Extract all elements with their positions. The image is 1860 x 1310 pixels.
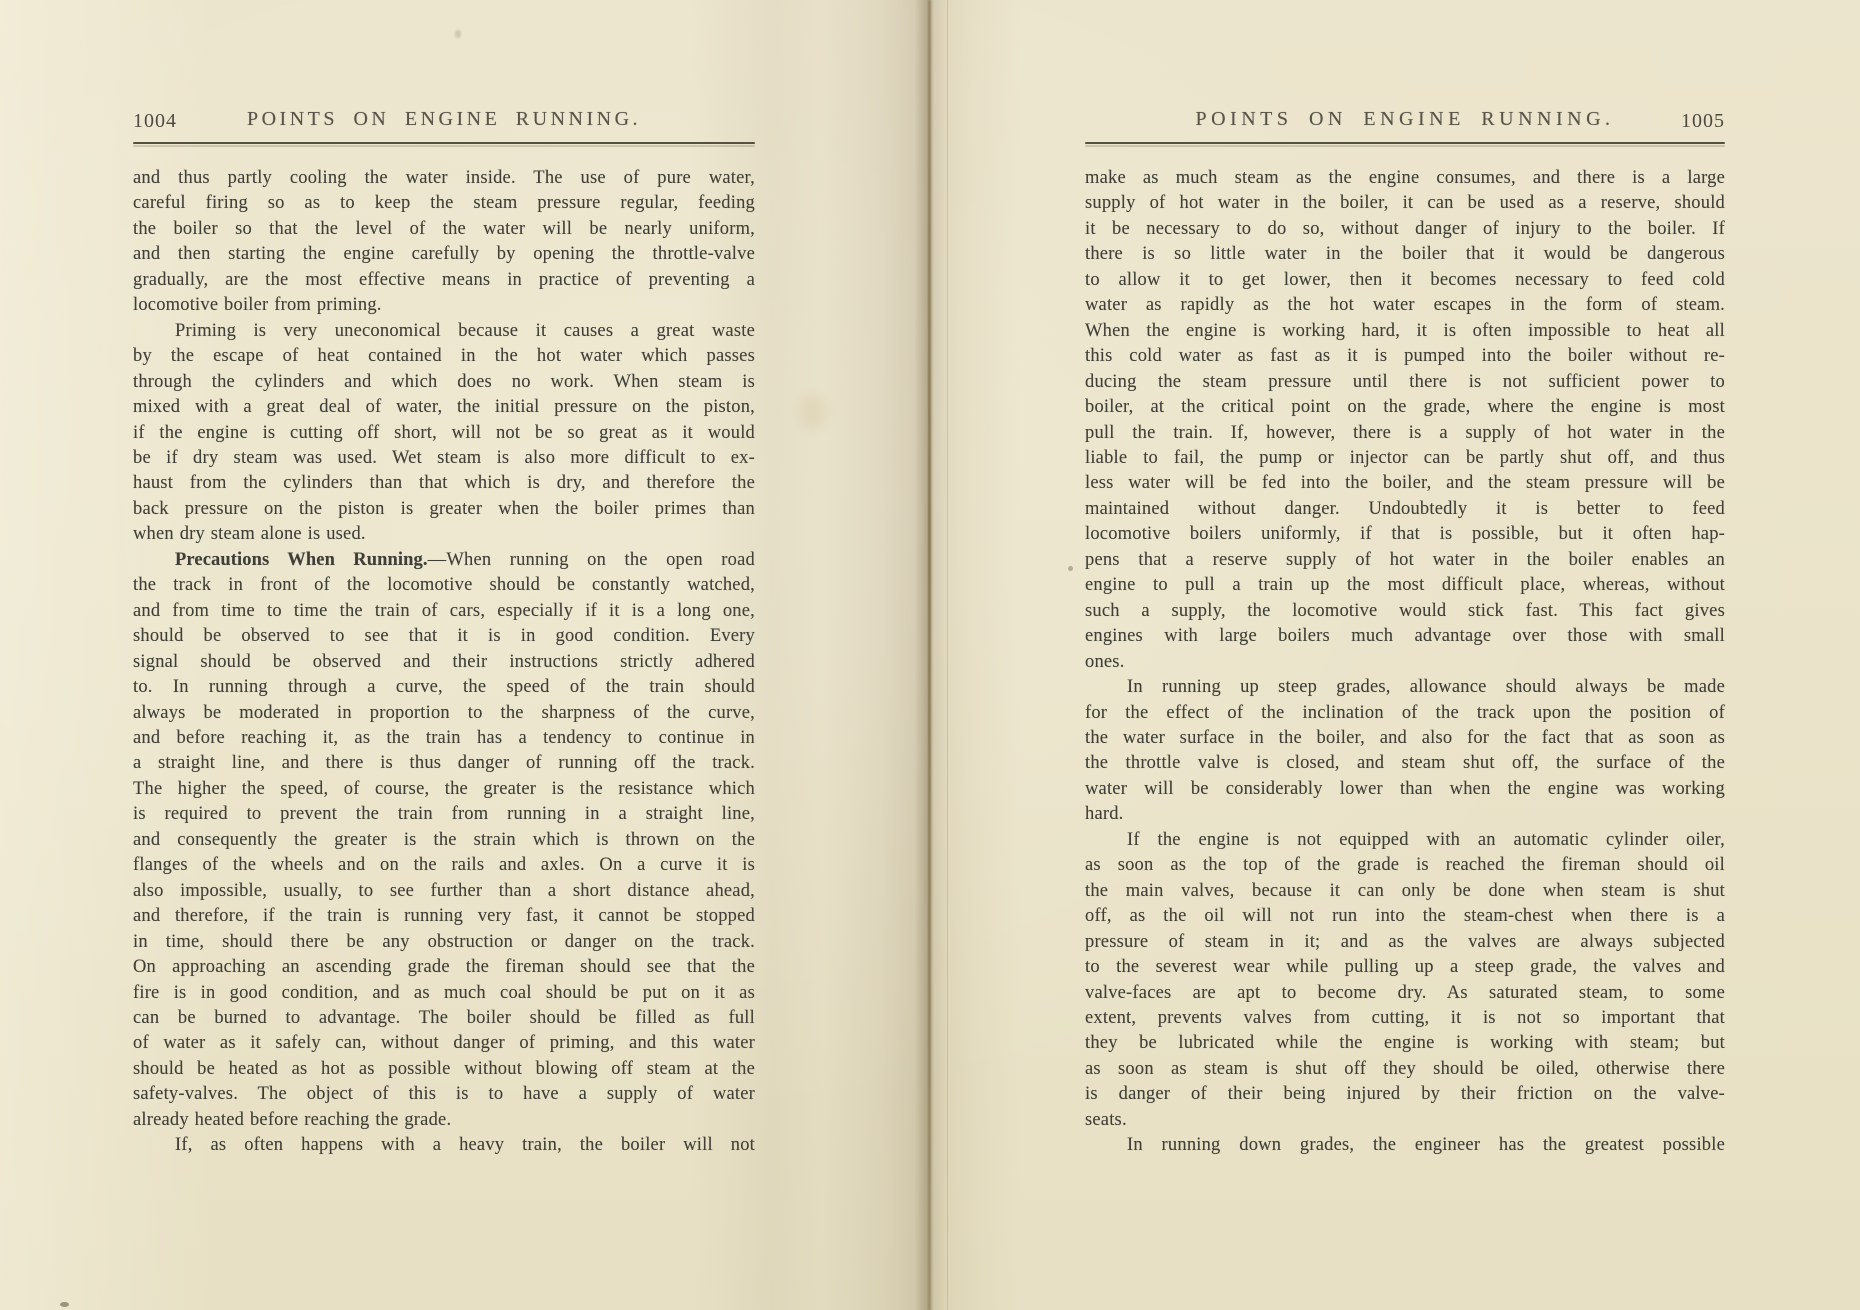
text-line: maintained without danger. Undoubtedly i… (1085, 497, 1725, 522)
header-rule-left (133, 142, 755, 144)
header-rule-right (1085, 142, 1725, 144)
text-line: can be burned to advantage. The boiler s… (133, 1006, 755, 1031)
text-line: should be heated as hot as possible with… (133, 1057, 755, 1082)
text-line: the throttle valve is closed, and steam … (1085, 751, 1725, 776)
text-line: and then starting the engine carefully b… (133, 242, 755, 267)
text-line: On approaching an ascending grade the fi… (133, 955, 755, 980)
text-line: In running down grades, the engineer has… (1085, 1133, 1725, 1158)
text-line: such a supply, the locomotive would stic… (1085, 599, 1725, 624)
text-line: seats. (1085, 1108, 1725, 1133)
text-line: pressure of steam in it; and as the valv… (1085, 930, 1725, 955)
text-line: supply of hot water in the boiler, it ca… (1085, 191, 1725, 216)
text-line: locomotive boiler from priming. (133, 293, 755, 318)
text-line: there is so little water in the boiler t… (1085, 242, 1725, 267)
page-edge-line (947, 0, 948, 1310)
text-line: by the escape of heat contained in the h… (133, 344, 755, 369)
text-line: liable to fail, the pump or injector can… (1085, 446, 1725, 471)
text-line: engine to pull a train up the most diffi… (1085, 573, 1725, 598)
text-line: Precautions When Running.—When running o… (133, 548, 755, 573)
text-line: pens that a reserve supply of hot water … (1085, 548, 1725, 573)
right-page-header: 1005 POINTS ON ENGINE RUNNING. (1085, 108, 1725, 138)
text-line: valve-faces are apt to become dry. As sa… (1085, 981, 1725, 1006)
text-line: ducing the steam pressure until there is… (1085, 370, 1725, 395)
left-page: 1004 POINTS ON ENGINE RUNNING. and thus … (133, 108, 755, 1159)
text-line: and from time to time the train of cars,… (133, 599, 755, 624)
text-line: If the engine is not equipped with an au… (1085, 828, 1725, 853)
page-number-left: 1004 (133, 110, 177, 133)
gutter-crease (928, 0, 931, 1310)
text-line: the track in front of the locomotive sho… (133, 573, 755, 598)
text-line: and therefore, if the train is running v… (133, 904, 755, 929)
text-line: water will be considerably lower than wh… (1085, 777, 1725, 802)
text-line: and thus partly cooling the water inside… (133, 166, 755, 191)
text-line: through the cylinders and which does no … (133, 370, 755, 395)
text-line: boiler, at the critical point on the gra… (1085, 395, 1725, 420)
text-line: for the effect of the inclination of the… (1085, 701, 1725, 726)
text-line: careful firing so as to keep the steam p… (133, 191, 755, 216)
text-line: the boiler so that the level of the wate… (133, 217, 755, 242)
text-line: the water surface in the boiler, and als… (1085, 726, 1725, 751)
text-line: make as much steam as the engine consume… (1085, 166, 1725, 191)
text-line: safety-valves. The object of this is to … (133, 1082, 755, 1107)
text-line: engines with large boilers much advantag… (1085, 624, 1725, 649)
text-line: locomotive boilers uniformly, if that is… (1085, 522, 1725, 547)
book-scan: 1004 POINTS ON ENGINE RUNNING. and thus … (0, 0, 1860, 1310)
text-line: also impossible, usually, to see further… (133, 879, 755, 904)
text-line: water as rapidly as the hot water escape… (1085, 293, 1725, 318)
page-number-right: 1005 (1681, 110, 1725, 133)
text-line: mixed with a great deal of water, the in… (133, 395, 755, 420)
text-line: is required to prevent the train from ru… (133, 802, 755, 827)
text-line: as soon as the top of the grade is reach… (1085, 853, 1725, 878)
text-line: and before reaching it, as the train has… (133, 726, 755, 751)
right-page: 1005 POINTS ON ENGINE RUNNING. make as m… (1085, 108, 1725, 1159)
running-title-left: POINTS ON ENGINE RUNNING. (133, 108, 755, 131)
text-line: to the severest wear while pulling up a … (1085, 955, 1725, 980)
text-line: of water as it safely can, without dange… (133, 1031, 755, 1056)
text-line: less water will be fed into the boiler, … (1085, 471, 1725, 496)
text-line: when dry steam alone is used. (133, 522, 755, 547)
text-line: in time, should there be any obstruction… (133, 930, 755, 955)
text-line: When the engine is working hard, it is o… (1085, 319, 1725, 344)
text-line: signal should be observed and their inst… (133, 650, 755, 675)
text-line: flanges of the wheels and on the rails a… (133, 853, 755, 878)
paper-stain (800, 395, 826, 429)
right-page-body: make as much steam as the engine consume… (1085, 166, 1725, 1159)
text-line: to. In running through a curve, the spee… (133, 675, 755, 700)
text-line: ones. (1085, 650, 1725, 675)
text-line: to allow it to get lower, then it become… (1085, 268, 1725, 293)
text-line: always be moderated in proportion to the… (133, 701, 755, 726)
text-line: If, as often happens with a heavy train,… (133, 1133, 755, 1158)
text-line: Priming is very uneconomical because it … (133, 319, 755, 344)
text-line: fire is in good condition, and as much c… (133, 981, 755, 1006)
text-line: back pressure on the piston is greater w… (133, 497, 755, 522)
left-page-header: 1004 POINTS ON ENGINE RUNNING. (133, 108, 755, 138)
text-line: be if dry steam was used. Wet steam is a… (133, 446, 755, 471)
text-line: should be observed to see that it is in … (133, 624, 755, 649)
text-line: and consequently the greater is the stra… (133, 828, 755, 853)
text-line: a straight line, and there is thus dange… (133, 751, 755, 776)
text-line: this cold water as fast as it is pumped … (1085, 344, 1725, 369)
text-line: haust from the cylinders than that which… (133, 471, 755, 496)
text-line: extent, prevents valves from cutting, it… (1085, 1006, 1725, 1031)
text-line: pull the train. If, however, there is a … (1085, 421, 1725, 446)
paper-speck (455, 30, 461, 38)
text-line: is danger of their being injured by thei… (1085, 1082, 1725, 1107)
left-page-body: and thus partly cooling the water inside… (133, 166, 755, 1159)
text-line: the main valves, because it can only be … (1085, 879, 1725, 904)
text-line: as soon as steam is shut off they should… (1085, 1057, 1725, 1082)
paper-speck (1068, 566, 1073, 571)
text-line: they be lubricated while the engine is w… (1085, 1031, 1725, 1056)
running-title-right: POINTS ON ENGINE RUNNING. (1085, 108, 1725, 131)
text-line: it be necessary to do so, without danger… (1085, 217, 1725, 242)
paper-speck (60, 1302, 69, 1307)
text-line: off, as the oil will not run into the st… (1085, 904, 1725, 929)
text-line: gradually, are the most effective means … (133, 268, 755, 293)
text-line: In running up steep grades, allowance sh… (1085, 675, 1725, 700)
text-line: hard. (1085, 802, 1725, 827)
text-line: if the engine is cutting off short, will… (133, 421, 755, 446)
text-line: already heated before reaching the grade… (133, 1108, 755, 1133)
text-line: The higher the speed, of course, the gre… (133, 777, 755, 802)
